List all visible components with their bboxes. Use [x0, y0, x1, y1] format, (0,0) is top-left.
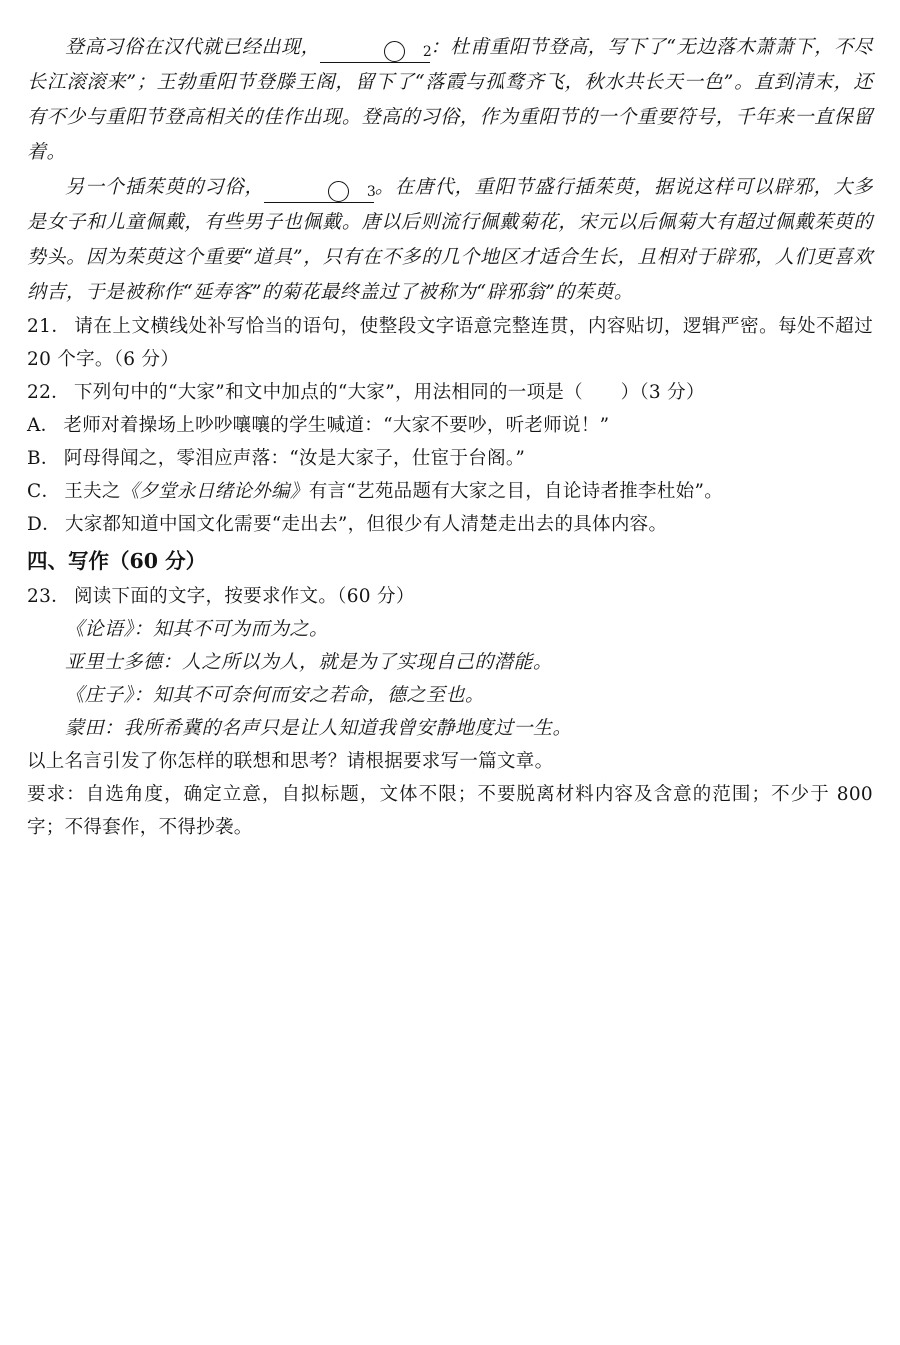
passage-2-before-blank: 另一个插茱萸的习俗，: [65, 176, 264, 198]
option-d: D．大家都知道中国文化需要“走出去”，但很少有人清楚走出去的具体内容。: [27, 508, 873, 541]
option-c-post: 有言“艺苑品题有大家之目，自论诗者推李杜始”。: [309, 481, 723, 502]
quote-zhuangzi: 《庄子》：知其不可奈何而安之若命，德之至也。: [27, 679, 873, 712]
exam-page: 登高习俗在汉代就已经出现，2：杜甫重阳节登高，写下了“无边落木萧萧下，不尽长江滚…: [0, 0, 900, 1345]
quote-lunyu: 《论语》：知其不可为而为之。: [27, 613, 873, 646]
essay-requirements: 要求：自选角度，确定立意，自拟标题，文体不限；不要脱离材料内容及含意的范围；不少…: [27, 778, 873, 844]
option-c-book-title: 《夕堂永日绪论外编》: [121, 481, 309, 502]
section-heading-writing: 四、写作（60 分）: [27, 545, 873, 578]
option-d-label: D．: [27, 514, 65, 535]
question-21-text: 请在上文横线处补写恰当的语句，使整段文字语意完整连贯，内容贴切，逻辑严密。每处不…: [27, 316, 873, 370]
question-22-text: 下列句中的“大家”和文中加点的“大家”，用法相同的一项是（ ）（3 分）: [74, 382, 705, 403]
essay-prompt: 以上名言引发了你怎样的联想和思考？请根据要求写一篇文章。: [27, 745, 873, 778]
question-23-text: 阅读下面的文字，按要求作文。（60 分）: [74, 586, 415, 607]
passage-1-before-blank: 登高习俗在汉代就已经出现，: [65, 36, 320, 58]
option-a: A．老师对着操场上吵吵嚷嚷的学生喊道：“大家不要吵，听老师说！”: [27, 409, 873, 442]
option-b: B．阿母得闻之，零泪应声落：“汝是大家子，仕宦于台阁。”: [27, 442, 873, 475]
passage-paragraph-2: 另一个插茱萸的习俗，3。在唐代，重阳节盛行插茱萸，据说这样可以辟邪，大多是女子和…: [27, 170, 873, 310]
question-22-number: 22．: [27, 382, 74, 403]
option-a-text: 老师对着操场上吵吵嚷嚷的学生喊道：“大家不要吵，听老师说！”: [63, 415, 609, 436]
blank-3: 3: [264, 175, 374, 203]
question-22: 22．下列句中的“大家”和文中加点的“大家”，用法相同的一项是（ ）（3 分）: [27, 376, 873, 409]
question-21-number: 21．: [27, 316, 74, 337]
option-c-label: C．: [27, 481, 64, 502]
blank-2: 2: [320, 35, 430, 63]
quote-montaigne: 蒙田：我所希冀的名声只是让人知道我曾安静地度过一生。: [27, 712, 873, 745]
quote-aristotle: 亚里士多德：人之所以为人，就是为了实现自己的潜能。: [27, 646, 873, 679]
passage-paragraph-1: 登高习俗在汉代就已经出现，2：杜甫重阳节登高，写下了“无边落木萧萧下，不尽长江滚…: [27, 30, 873, 170]
question-23-number: 23．: [27, 586, 74, 607]
option-c-pre: 王夫之: [64, 481, 120, 502]
question-23: 23．阅读下面的文字，按要求作文。（60 分）: [27, 580, 873, 613]
option-d-text: 大家都知道中国文化需要“走出去”，但很少有人清楚走出去的具体内容。: [65, 514, 667, 535]
option-b-label: B．: [27, 448, 64, 469]
option-b-text: 阿母得闻之，零泪应声落：“汝是大家子，仕宦于台阁。”: [64, 448, 525, 469]
question-21: 21．请在上文横线处补写恰当的语句，使整段文字语意完整连贯，内容贴切，逻辑严密。…: [27, 310, 873, 376]
circled-number-2: 2: [384, 41, 405, 62]
option-a-label: A．: [27, 415, 63, 436]
circled-number-3: 3: [328, 181, 349, 202]
option-c: C．王夫之《夕堂永日绪论外编》有言“艺苑品题有大家之目，自论诗者推李杜始”。: [27, 475, 873, 508]
